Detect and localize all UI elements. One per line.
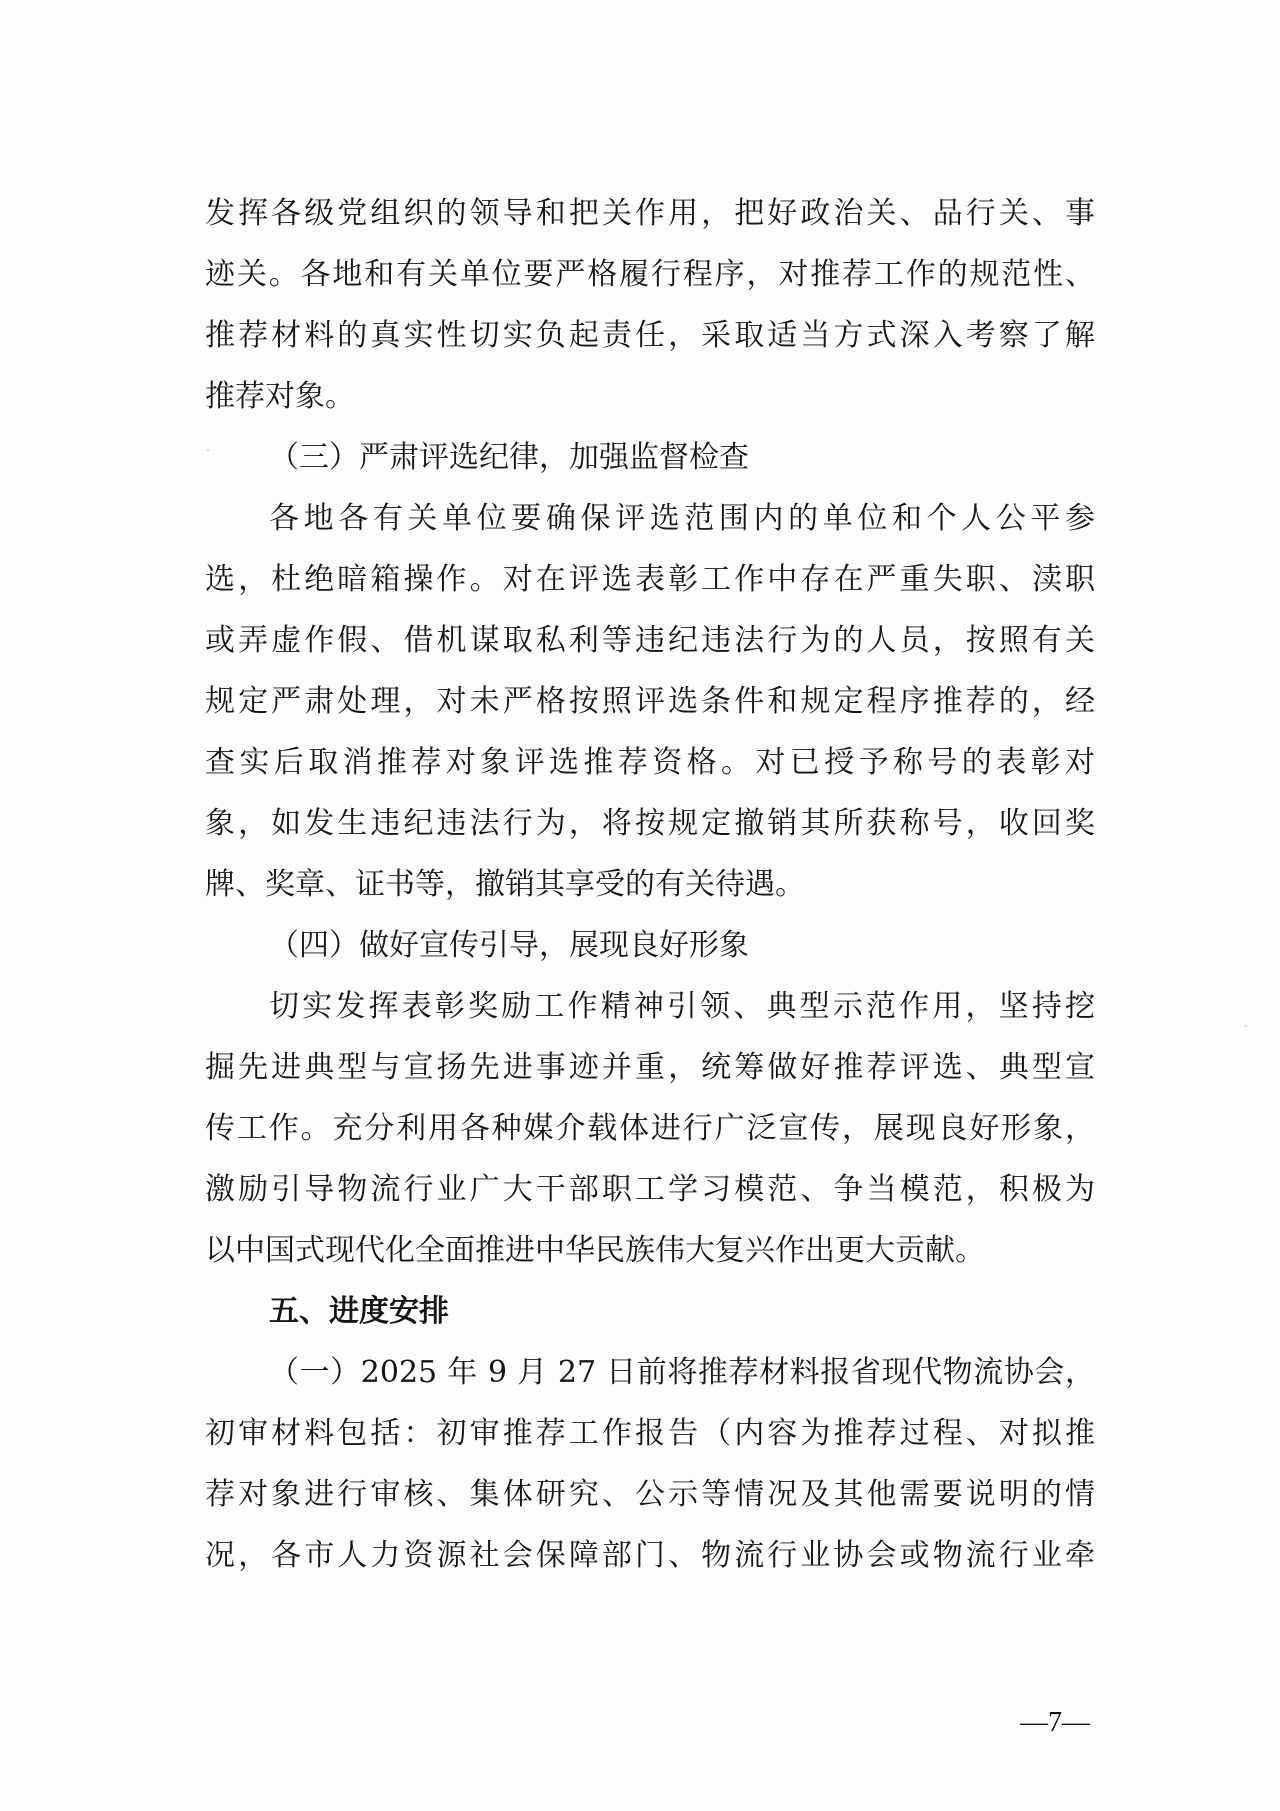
section-heading-5: 五、进度安排 — [269, 1290, 969, 1334]
paragraph-line: 各地各有关单位要确保评选范围内的单位和个人公平参 — [269, 497, 1095, 541]
paragraph-line: 迹关。各地和有关单位要严格履行程序，对推荐工作的规范性、 — [205, 253, 1095, 297]
paragraph-line: 查实后取消推荐对象评选推荐资格。对已授予称号的表彰对 — [205, 741, 1095, 785]
page-number: —7— — [1020, 1705, 1090, 1741]
paragraph-line: 荐对象进行审核、集体研究、公示等情况及其他需要说明的情 — [205, 1473, 1095, 1517]
subsection-heading-4: （四）做好宣传引导，展现良好形象 — [269, 924, 969, 968]
subsection-heading-3: （三）严肃评选纪律，加强监督检查 — [269, 436, 969, 480]
paragraph-line: 激励引导物流行业广大干部职工学习模范、争当模范，积极为 — [205, 1168, 1095, 1212]
paragraph-line: 初审材料包括：初审推荐工作报告（内容为推荐过程、对拟推 — [205, 1412, 1095, 1456]
paragraph-line: 牌、奖章、证书等，撤销其享受的有关待遇。 — [205, 863, 1095, 907]
scan-speck — [207, 449, 209, 451]
paragraph-line: （一）2025 年 9 月 27 日前将推荐材料报省现代物流协会， — [269, 1351, 1095, 1395]
paragraph-line: 掘先进典型与宣扬先进事迹并重，统筹做好推荐评选、典型宣 — [205, 1046, 1095, 1090]
paragraph-line: 推荐对象。 — [205, 375, 1095, 419]
document-page: 发挥各级党组织的领导和把关作用，把好政治关、品行关、事 迹关。各地和有关单位要严… — [0, 0, 1280, 1811]
paragraph-line: 况，各市人力资源社会保障部门、物流行业协会或物流行业牵 — [205, 1534, 1095, 1578]
paragraph-line: 推荐材料的真实性切实负起责任，采取适当方式深入考察了解 — [205, 314, 1095, 358]
paragraph-line: 传工作。充分利用各种媒介载体进行广泛宣传，展现良好形象， — [205, 1107, 1095, 1151]
scan-speck — [1245, 1025, 1247, 1027]
paragraph-line: 以中国式现代化全面推进中华民族伟大复兴作出更大贡献。 — [205, 1229, 1095, 1273]
paragraph-line: 发挥各级党组织的领导和把关作用，把好政治关、品行关、事 — [205, 192, 1095, 236]
paragraph-line: 规定严肃处理，对未严格按照评选条件和规定程序推荐的，经 — [205, 680, 1095, 724]
paragraph-line: 象，如发生违纪违法行为，将按规定撤销其所获称号，收回奖 — [205, 802, 1095, 846]
paragraph-line: 切实发挥表彰奖励工作精神引领、典型示范作用，坚持挖 — [269, 985, 1095, 1029]
paragraph-line: 选，杜绝暗箱操作。对在评选表彰工作中存在严重失职、渎职 — [205, 558, 1095, 602]
paragraph-line: 或弄虚作假、借机谋取私利等违纪违法行为的人员，按照有关 — [205, 619, 1095, 663]
